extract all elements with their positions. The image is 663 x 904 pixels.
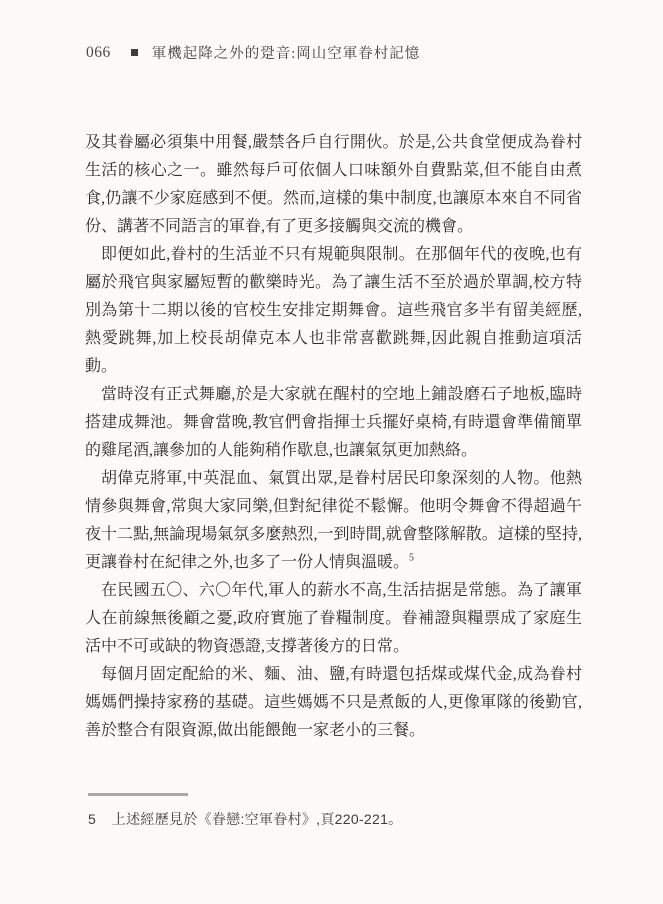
paragraph: 在民國五〇、六〇年代,軍人的薪水不高,生活拮据是常態。為了讓軍人在前線無後顧之憂… xyxy=(85,577,582,661)
book-page: 066 軍機起降之外的跫音:岡山空軍眷村記憶 及其眷屬必須集中用餐,嚴禁各戶自行… xyxy=(0,0,663,904)
paragraph-text: 胡偉克將軍,中英混血、氣質出眾,是眷村居民印象深刻的人物。他熱情參與舞會,常與大… xyxy=(85,470,582,571)
footnote-marker: 5 xyxy=(409,553,414,564)
paragraph: 即便如此,眷村的生活並不只有規範與限制。在那個年代的夜晚,也有屬於飛官與家屬短暫… xyxy=(85,241,582,381)
chapter-title: 軍機起降之外的跫音:岡山空軍眷村記憶 xyxy=(152,42,421,63)
footnote-separator-rule xyxy=(88,793,188,796)
paragraph-text: 即便如此,眷村的生活並不只有規範與限制。在那個年代的夜晚,也有屬於飛官與家屬短暫… xyxy=(85,246,582,375)
paragraph-text: 在民國五〇、六〇年代,軍人的薪水不高,生活拮据是常態。為了讓軍人在前線無後顧之憂… xyxy=(85,582,582,655)
footnote-number: 5 xyxy=(88,808,96,830)
paragraph: 當時沒有正式舞廳,於是大家就在醒村的空地上鋪設磨石子地板,臨時搭建成舞池。舞會當… xyxy=(85,381,582,465)
page-number: 066 xyxy=(86,44,111,62)
footnote: 5 上述經歷見於《眷戀:空軍眷村》,頁220-221。 xyxy=(88,808,582,830)
paragraph: 及其眷屬必須集中用餐,嚴禁各戶自行開伙。於是,公共食堂便成為眷村生活的核心之一。… xyxy=(85,129,582,241)
paragraph: 每個月固定配給的米、麵、油、鹽,有時還包括煤或煤代金,成為眷村媽媽們操持家務的基… xyxy=(85,661,582,745)
square-bullet-icon xyxy=(131,49,138,56)
body-text: 及其眷屬必須集中用餐,嚴禁各戶自行開伙。於是,公共食堂便成為眷村生活的核心之一。… xyxy=(85,129,582,745)
running-header: 066 軍機起降之外的跫音:岡山空軍眷村記憶 xyxy=(86,42,420,63)
paragraph-text: 及其眷屬必須集中用餐,嚴禁各戶自行開伙。於是,公共食堂便成為眷村生活的核心之一。… xyxy=(85,134,582,235)
paragraph-text: 每個月固定配給的米、麵、油、鹽,有時還包括煤或煤代金,成為眷村媽媽們操持家務的基… xyxy=(85,666,582,739)
paragraph: 胡偉克將軍,中英混血、氣質出眾,是眷村居民印象深刻的人物。他熱情參與舞會,常與大… xyxy=(85,465,582,577)
paragraph-text: 當時沒有正式舞廳,於是大家就在醒村的空地上鋪設磨石子地板,臨時搭建成舞池。舞會當… xyxy=(85,386,582,459)
footnote-text: 上述經歷見於《眷戀:空軍眷村》,頁220-221。 xyxy=(112,808,582,830)
